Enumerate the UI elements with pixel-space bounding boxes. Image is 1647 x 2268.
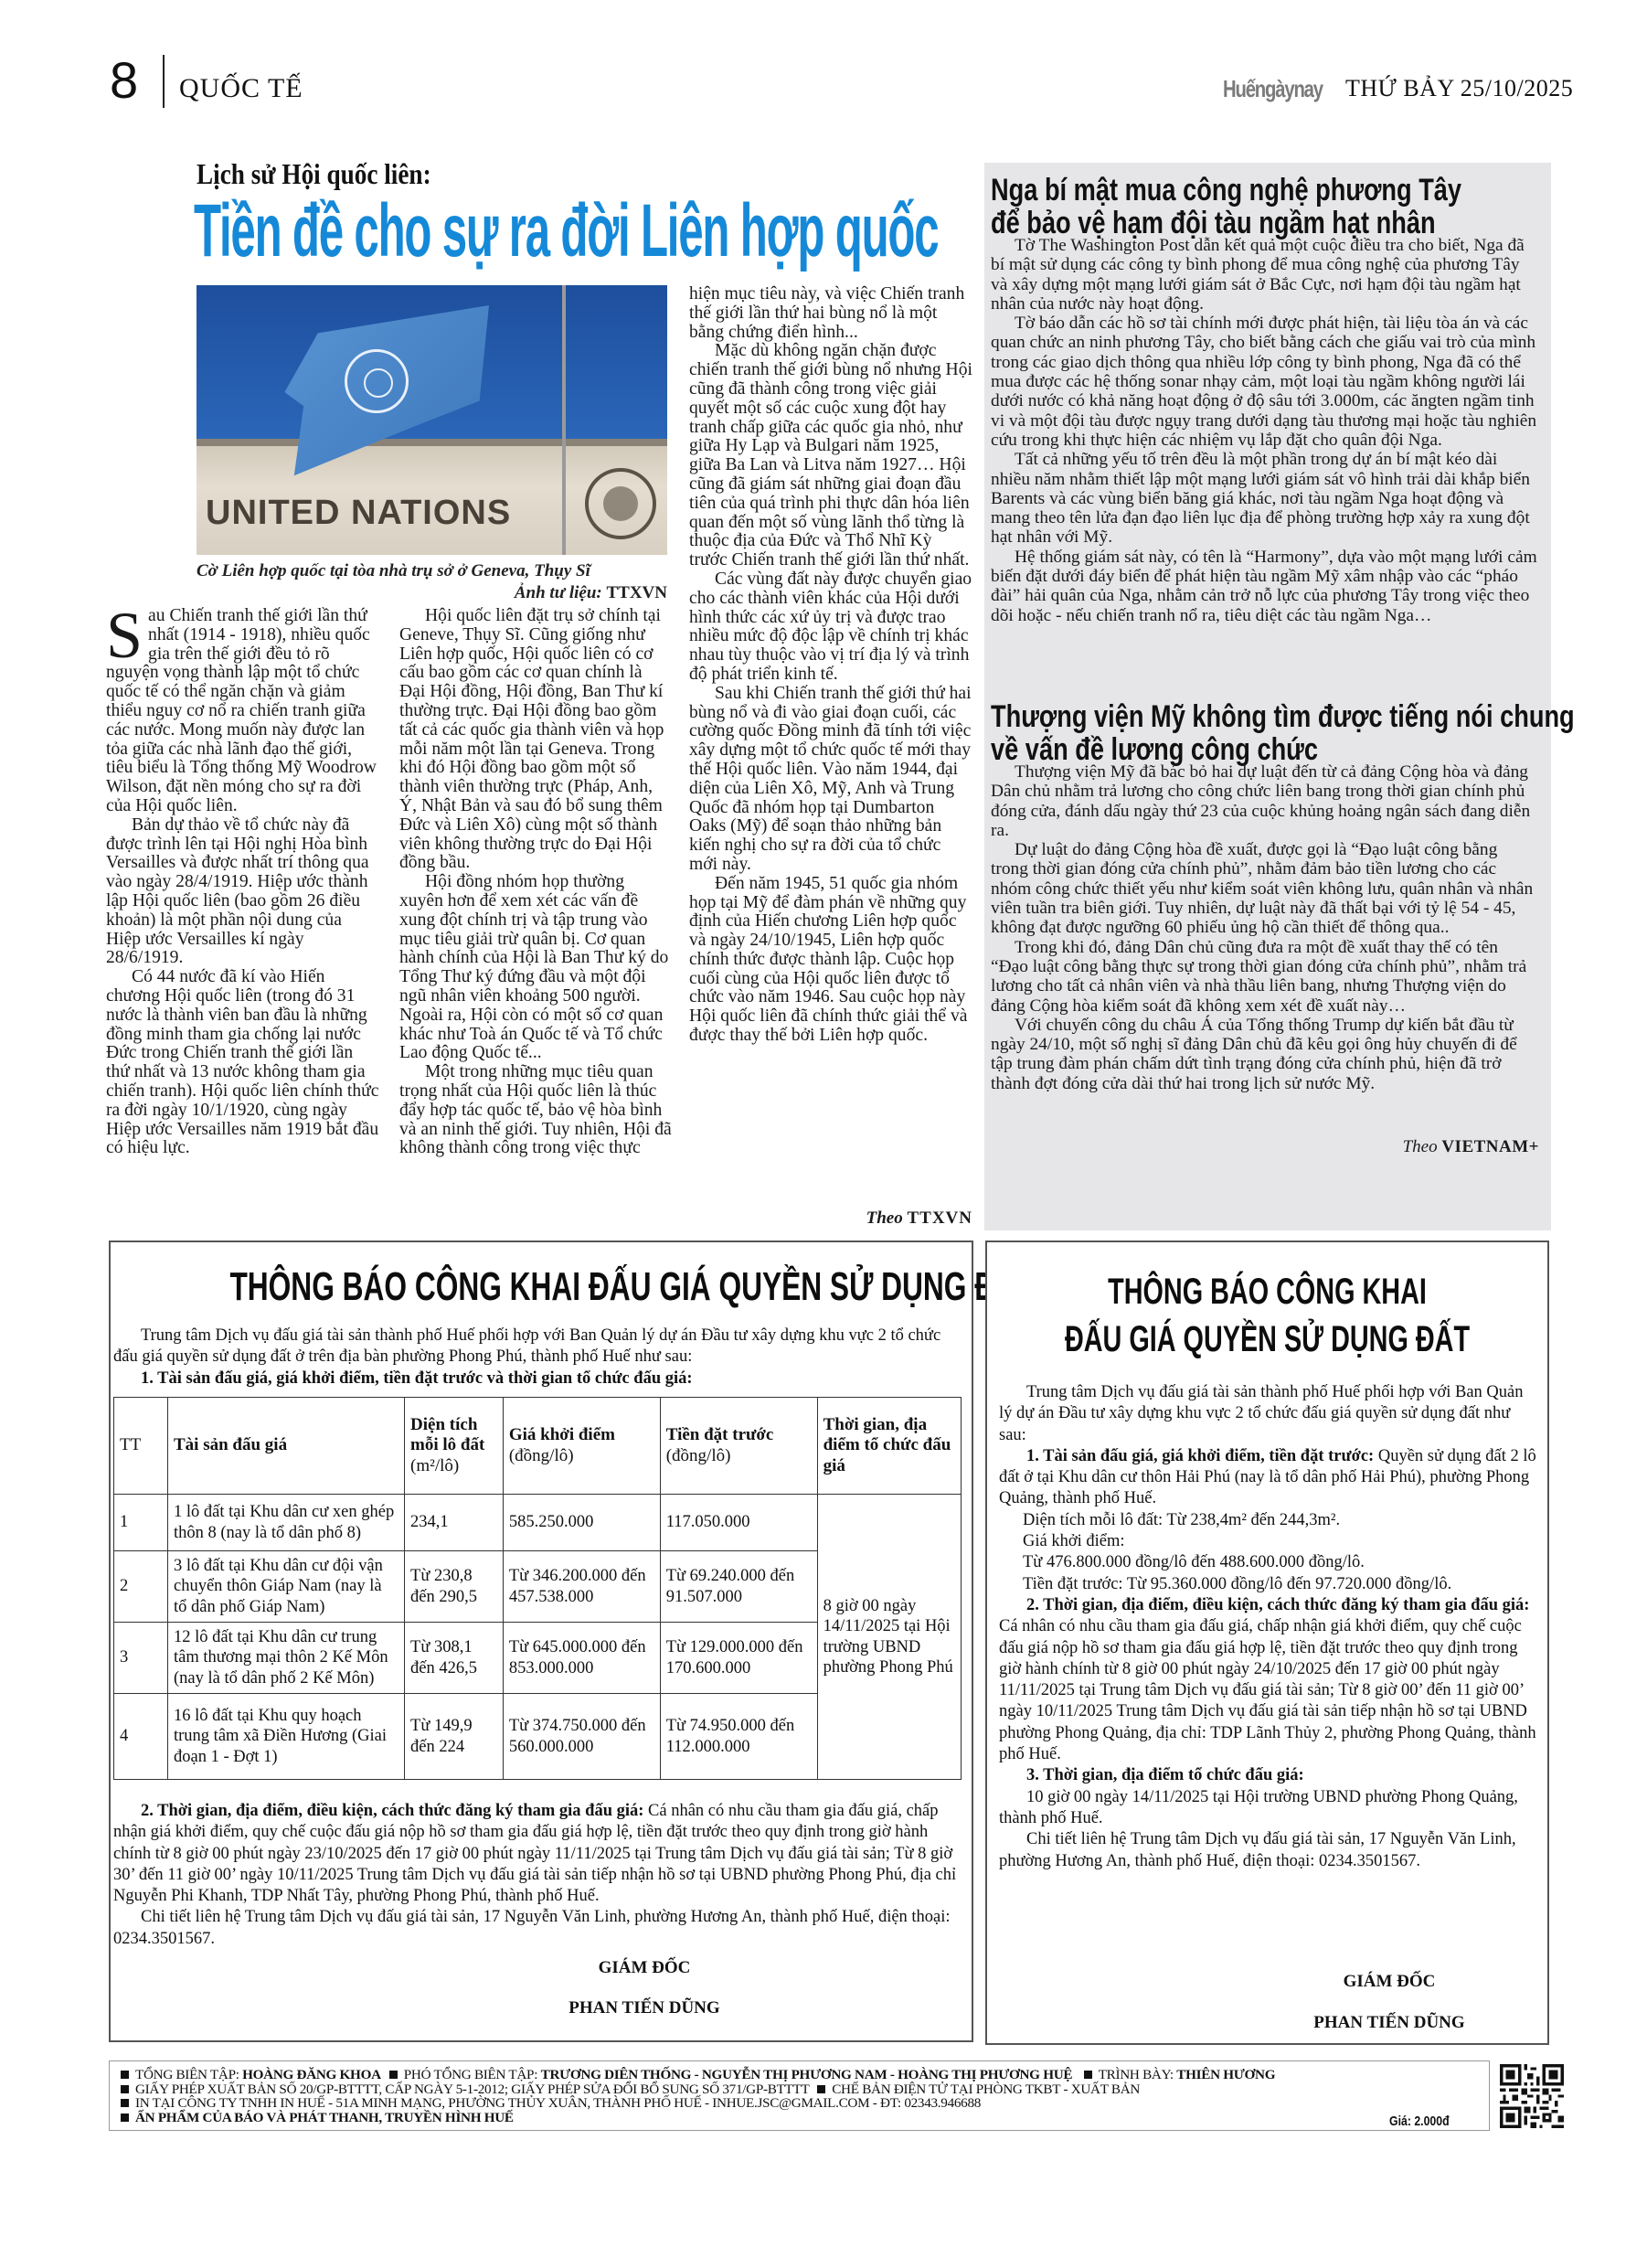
article-byline: Theo TTXVN xyxy=(689,1209,972,1229)
bullet-square-icon xyxy=(121,2085,129,2093)
qr-code-icon[interactable] xyxy=(1500,2062,1564,2130)
sidebar-paragraph: Hệ thống giám sát này, có tên là “Harmon… xyxy=(991,548,1539,625)
article-paragraph: Hội quốc liên đặt trụ sở chính tại Genev… xyxy=(399,607,672,873)
col-header-time: Thời gian, địa điểm tổ chức đấu giá xyxy=(817,1398,961,1495)
article-column-3: hiện mục tiêu này, và việc Chiến tranh t… xyxy=(689,285,972,1046)
article-kicker: Lịch sử Hội quốc liên: xyxy=(197,157,431,191)
issue-date: THỨ BẢY 25/10/2025 xyxy=(1345,75,1573,102)
sidebar-story-2-headline: Thượng viện Mỹ không tìm được tiếng nói … xyxy=(991,700,1575,766)
col-header-asset: Tài sản đấu giá xyxy=(168,1398,405,1495)
article-photo: UNITED NATIONS xyxy=(197,285,667,555)
header-divider xyxy=(163,55,165,108)
article-headline: Tiền đề cho sự ra đời Liên hợp quốc xyxy=(194,190,938,272)
bullet-square-icon xyxy=(817,2085,825,2093)
cell-area: Từ 230,8 đến 290,5 xyxy=(405,1551,504,1623)
cell-price: Từ 645.000.000 đến 853.000.000 xyxy=(503,1623,660,1694)
byline-prefix: Theo xyxy=(866,1209,903,1228)
notice-right-signer-title: GIÁM ĐỐC xyxy=(1280,1972,1499,1992)
footer-line-publisher: ẤN PHẨM CỦA BÁO VÀ PHÁT THANH, TRUYỀN HÌ… xyxy=(119,2111,1481,2125)
notice-right-title-line1: THÔNG BÁO CÔNG KHAI xyxy=(1064,1271,1470,1313)
photo-band xyxy=(197,439,667,446)
cell-area: 234,1 xyxy=(405,1495,504,1551)
footer-imprint: TỔNG BIÊN TẬP: HOÀNG ĐĂNG KHOA PHÓ TỔNG … xyxy=(119,2068,1481,2124)
bullet-square-icon xyxy=(121,2114,129,2122)
sidebar-byline: Theo VIETNAM+ xyxy=(991,1137,1539,1157)
col-header-tt: TT xyxy=(114,1398,168,1495)
cell-asset: 1 lô đất tại Khu dân cư xen ghép thôn 8 … xyxy=(168,1495,405,1551)
cell-tt: 3 xyxy=(114,1623,168,1694)
cell-tt: 4 xyxy=(114,1694,168,1780)
notice-left-title: THÔNG BÁO CÔNG KHAI ĐẤU GIÁ QUYỀN SỬ DỤN… xyxy=(229,1264,852,1310)
article-column-2: Hội quốc liên đặt trụ sở chính tại Genev… xyxy=(399,607,672,1158)
footer-line-editors: TỔNG BIÊN TẬP: HOÀNG ĐĂNG KHOA PHÓ TỔNG … xyxy=(119,2068,1481,2082)
cell-deposit: Từ 129.000.000 đến 170.600.000 xyxy=(660,1623,817,1694)
article-paragraph: Các vùng đất này được chuyển giao cho cá… xyxy=(689,570,972,685)
byline-source: TTXVN xyxy=(907,1209,972,1228)
notice-right-section3-title: 3. Thời gian, địa điểm tổ chức đấu giá: xyxy=(1026,1766,1304,1784)
byline-source: VIETNAM+ xyxy=(1441,1137,1539,1156)
table-row: 1 1 lô đất tại Khu dân cư xen ghép thôn … xyxy=(114,1495,962,1551)
photo-caption: Cờ Liên hợp quốc tại tòa nhà trụ sở ở Ge… xyxy=(197,561,667,581)
masthead-logo: Huếngàynay xyxy=(1223,75,1323,103)
article-paragraph: Sau khi Chiến tranh thế giới thứ hai bùn… xyxy=(689,685,972,875)
cell-price: Từ 346.200.000 đến 457.538.000 xyxy=(503,1551,660,1623)
footer-line-printer: IN TẠI CÔNG TY TNHH IN HUẾ - 51A MINH MẠ… xyxy=(119,2096,1481,2111)
cell-price: 585.250.000 xyxy=(503,1495,660,1551)
sidebar-story-1-headline: Nga bí mật mua công nghệ phương Tây để b… xyxy=(991,174,1461,240)
sidebar-story-1-body: Tờ The Washington Post dẫn kết quả một c… xyxy=(991,236,1539,625)
bullet-square-icon xyxy=(389,2071,398,2079)
article-paragraph: hiện mục tiêu này, và việc Chiến tranh t… xyxy=(689,285,972,342)
cell-deposit: Từ 74.950.000 đến 112.000.000 xyxy=(660,1694,817,1780)
byline-prefix: Theo xyxy=(1403,1137,1438,1156)
cell-deposit: 117.050.000 xyxy=(660,1495,817,1551)
sidebar-paragraph: Tờ báo dẫn các hồ sơ tài chính mới được … xyxy=(991,314,1539,450)
notice-right-section1-title: 1. Tài sản đấu giá, giá khởi điểm, tiền … xyxy=(1026,1447,1374,1465)
auction-table: TT Tài sản đấu giá Diện tích mỗi lô đất(… xyxy=(113,1397,962,1780)
credit-label: Ảnh tư liệu: xyxy=(515,583,602,602)
bullet-square-icon xyxy=(121,2071,129,2079)
cover-price: Giá: 2.000đ xyxy=(1389,2114,1450,2129)
photo-sign-text: UNITED NATIONS xyxy=(206,494,511,533)
notice-left-section2-title: 2. Thời gian, địa điểm, điều kiện, cách … xyxy=(141,1802,643,1820)
notice-left-intro: Trung tâm Dịch vụ đấu giá tài sản thành … xyxy=(113,1326,968,1390)
sidebar-paragraph: Thượng viện Mỹ đã bác bỏ hai dự luật đến… xyxy=(991,762,1539,840)
notice-left-section1-title: 1. Tài sản đấu giá, giá khởi điểm, tiền … xyxy=(141,1369,693,1388)
notice-left-section2: 2. Thời gian, địa điểm, điều kiện, cách … xyxy=(113,1801,968,1950)
cell-price: Từ 374.750.000 đến 560.000.000 xyxy=(503,1694,660,1780)
bullet-square-icon xyxy=(121,2099,129,2107)
article-paragraph: Mặc dù không ngăn chặn được chiến tranh … xyxy=(689,342,972,570)
credit-source: TTXVN xyxy=(606,583,667,602)
article-paragraph: Có 44 nước đã kí vào Hiến chương Hội quố… xyxy=(106,968,380,1158)
article-paragraph: Bản dự thảo về tổ chức này đã được trình… xyxy=(106,816,380,968)
notice-left-contact: Chi tiết liên hệ Trung tâm Dịch vụ đấu g… xyxy=(113,1907,968,1950)
page-number: 8 xyxy=(110,53,138,108)
cell-time-location: 8 giờ 00 ngày 14/11/2025 tại Hội trường … xyxy=(817,1495,961,1780)
sidebar-paragraph: Với chuyến công du châu Á của Tổng thống… xyxy=(991,1016,1539,1093)
col-header-area: Diện tích mỗi lô đất(m²/lô) xyxy=(405,1398,504,1495)
sidebar-paragraph: Tờ The Washington Post dẫn kết quả một c… xyxy=(991,236,1539,314)
sidebar-paragraph: Trong khi đó, đảng Dân chủ cũng đưa ra m… xyxy=(991,938,1539,1016)
article-paragraph: Một trong những mục tiêu quan trọng nhất… xyxy=(399,1063,672,1158)
cell-tt: 1 xyxy=(114,1495,168,1551)
un-emblem-icon xyxy=(345,349,409,413)
sidebar-story-2-body: Thượng viện Mỹ đã bác bỏ hai dự luật đến… xyxy=(991,762,1539,1093)
un-wall-emblem-icon xyxy=(585,468,656,539)
footer-line-license: GIẤY PHÉP XUẤT BẢN SỐ 20/GP-BTTTT, CẤP N… xyxy=(119,2082,1481,2097)
notice-right-body: Trung tâm Dịch vụ đấu giá tài sản thành … xyxy=(999,1382,1538,1872)
col-header-price: Giá khởi điểm(đồng/lô) xyxy=(503,1398,660,1495)
cell-asset: 12 lô đất tại Khu dân cư trung tâm thươn… xyxy=(168,1623,405,1694)
cell-tt: 2 xyxy=(114,1551,168,1623)
cell-area: Từ 308,1 đến 426,5 xyxy=(405,1623,504,1694)
drop-cap: S xyxy=(106,609,143,662)
notice-left-signer-name: PHAN TIẾN DŨNG xyxy=(507,1998,781,2018)
sidebar-paragraph: Tất cả những yếu tố trên đều là một phần… xyxy=(991,450,1539,547)
section-name: QUỐC TẾ xyxy=(179,73,303,104)
article-paragraph: Hội đồng nhóm họp thường xuyên hơn để xe… xyxy=(399,873,672,1063)
table-header-row: TT Tài sản đấu giá Diện tích mỗi lô đất(… xyxy=(114,1398,962,1495)
bullet-square-icon xyxy=(1084,2071,1092,2079)
cell-deposit: Từ 69.240.000 đến 91.507.000 xyxy=(660,1551,817,1623)
sidebar-paragraph: Dự luật do đảng Cộng hòa đề xuất, được g… xyxy=(991,840,1539,937)
cell-asset: 3 lô đất tại Khu dân cư đội vận chuyển t… xyxy=(168,1551,405,1623)
notice-right-signer-name: PHAN TIẾN DŨNG xyxy=(1261,2013,1517,2033)
notice-right-section2-title: 2. Thời gian, địa điểm, điều kiện, cách … xyxy=(1026,1596,1529,1614)
flag-pole xyxy=(562,285,566,555)
article-column-1: Sau Chiến tranh thế giới lần thứ nhất (1… xyxy=(106,607,380,1158)
notice-left-signer-title: GIÁM ĐỐC xyxy=(507,1958,781,1978)
cell-area: Từ 149,9 đến 224 xyxy=(405,1694,504,1780)
photo-credit: Ảnh tư liệu: TTXVN xyxy=(197,583,667,603)
notice-right-title-line2: ĐẤU GIÁ QUYỀN SỬ DỤNG ĐẤT xyxy=(1064,1318,1470,1360)
col-header-deposit: Tiền đặt trước(đồng/lô) xyxy=(660,1398,817,1495)
cell-asset: 16 lô đất tại Khu quy hoạch trung tâm xã… xyxy=(168,1694,405,1780)
article-paragraph: Sau Chiến tranh thế giới lần thứ nhất (1… xyxy=(106,607,380,816)
notice-right-contact: Chi tiết liên hệ Trung tâm Dịch vụ đấu g… xyxy=(999,1829,1538,1872)
article-paragraph: Đến năm 1945, 51 quốc gia nhóm họp tại M… xyxy=(689,875,972,1046)
